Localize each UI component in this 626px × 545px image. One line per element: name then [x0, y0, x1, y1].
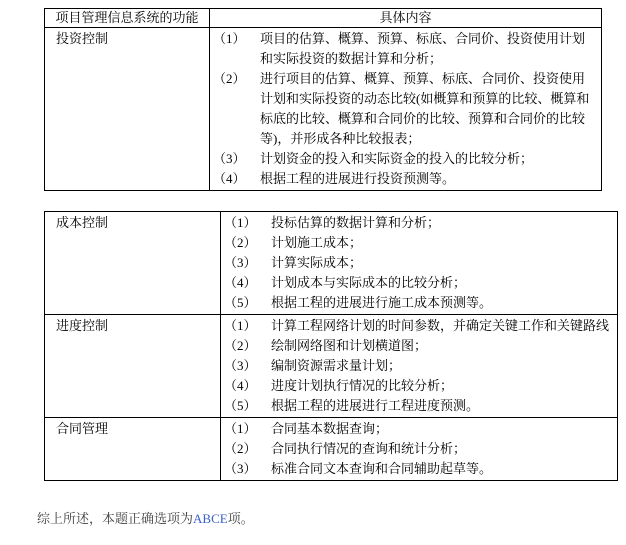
item-text: 计算工程网络计划的时间参数，并确定关键工作和关键路线 [271, 316, 611, 336]
item-text: 计划施工成本； [271, 233, 611, 253]
item-text: 根据工程的进展进行工程进度预测。 [271, 396, 611, 416]
content-cell-cost: （1） 投标估算的数据计算和分析； （2） 计划施工成本； （3） 计算实际成本… [221, 212, 618, 315]
content-cell-schedule: （1） 计算工程网络计划的时间参数，并确定关键工作和关键路线 （2） 绘制网络图… [221, 315, 618, 418]
item-number: （3） [224, 459, 271, 479]
item-number: （5） [224, 293, 271, 313]
item-text: 进行项目的估算、概算、预算、标底、合同价、投资使用计划和实际投资的动态比较(如概… [260, 69, 595, 149]
item-number: （2） [224, 233, 271, 253]
item-text: 计划成本与实际成本的比较分析； [271, 273, 611, 293]
list-item: （1） 投标估算的数据计算和分析； [224, 213, 611, 233]
list-item: （3） 计划资金的投入和实际资金的投入的比较分析； [213, 149, 595, 169]
item-number: （2） [224, 336, 271, 356]
functions-table-bottom: 成本控制 （1） 投标估算的数据计算和分析； （2） 计划施工成本； （3） 计… [44, 211, 618, 481]
conclusion-suffix: 项。 [228, 511, 254, 526]
item-number: （2） [213, 69, 260, 149]
table-row-cost-control: 成本控制 （1） 投标估算的数据计算和分析； （2） 计划施工成本； （3） 计… [45, 212, 618, 315]
item-number: （3） [213, 149, 260, 169]
list-item: （4） 计划成本与实际成本的比较分析； [224, 273, 611, 293]
item-text: 进度计划执行情况的比较分析； [271, 376, 611, 396]
list-item: （2） 计划施工成本； [224, 233, 611, 253]
list-item: （3） 编制资源需求量计划； [224, 356, 611, 376]
item-text: 合同执行情况的查询和统计分析； [271, 439, 611, 459]
item-number: （1） [224, 213, 271, 233]
function-label-investment: 投资控制 [45, 28, 210, 191]
header-content-column: 具体内容 [210, 9, 602, 28]
item-number: （5） [224, 396, 271, 416]
list-item: （1） 合同基本数据查询； [224, 419, 611, 439]
header-function-column: 项目管理信息系统的功能 [45, 9, 210, 28]
list-item: （2） 进行项目的估算、概算、预算、标底、合同价、投资使用计划和实际投资的动态比… [213, 69, 595, 149]
item-number: （4） [224, 273, 271, 293]
table-row-schedule-control: 进度控制 （1） 计算工程网络计划的时间参数，并确定关键工作和关键路线 （2） … [45, 315, 618, 418]
list-item: （3） 计算实际成本； [224, 253, 611, 273]
item-text: 根据工程的进展进行投资预测等。 [260, 169, 595, 189]
item-number: （4） [213, 169, 260, 189]
list-item: （5） 根据工程的进展进行工程进度预测。 [224, 396, 611, 416]
item-number: （1） [213, 29, 260, 69]
item-text: 投标估算的数据计算和分析； [271, 213, 611, 233]
answer-options: ABCE [193, 511, 228, 526]
functions-table-top: 项目管理信息系统的功能 具体内容 投资控制 （1） 项目的估算、概算、预算、标底… [44, 8, 602, 191]
content-cell-contract: （1） 合同基本数据查询； （2） 合同执行情况的查询和统计分析； （3） 标准… [221, 418, 618, 481]
list-item: （3） 标准合同文本查询和合同辅助起草等。 [224, 459, 611, 479]
list-item: （4） 进度计划执行情况的比较分析； [224, 376, 611, 396]
table-row-investment-control: 投资控制 （1） 项目的估算、概算、预算、标底、合同价、投资使用计划和实际投资的… [45, 28, 602, 191]
item-number: （1） [224, 419, 271, 439]
list-item: （4） 根据工程的进展进行投资预测等。 [213, 169, 595, 189]
item-text: 根据工程的进展进行施工成本预测等。 [271, 293, 611, 313]
content-cell-investment: （1） 项目的估算、概算、预算、标底、合同价、投资使用计划和实际投资的数据计算和… [210, 28, 602, 191]
table-header-row: 项目管理信息系统的功能 具体内容 [45, 9, 602, 28]
conclusion-prefix: 综上所述，本题正确选项为 [37, 511, 193, 526]
list-item: （5） 根据工程的进展进行施工成本预测等。 [224, 293, 611, 313]
item-number: （3） [224, 356, 271, 376]
item-text: 绘制网络图和计划横道图； [271, 336, 611, 356]
item-text: 计划资金的投入和实际资金的投入的比较分析； [260, 149, 595, 169]
item-text: 标准合同文本查询和合同辅助起草等。 [271, 459, 611, 479]
list-item: （2） 绘制网络图和计划横道图； [224, 336, 611, 356]
function-label-schedule: 进度控制 [45, 315, 221, 418]
table-row-contract-management: 合同管理 （1） 合同基本数据查询； （2） 合同执行情况的查询和统计分析； （… [45, 418, 618, 481]
list-item: （1） 计算工程网络计划的时间参数，并确定关键工作和关键路线 [224, 316, 611, 336]
item-text: 项目的估算、概算、预算、标底、合同价、投资使用计划和实际投资的数据计算和分析； [260, 29, 595, 69]
item-text: 合同基本数据查询； [271, 419, 611, 439]
function-label-cost: 成本控制 [45, 212, 221, 315]
conclusion-text: 综上所述，本题正确选项为ABCE项。 [37, 509, 254, 529]
function-label-contract: 合同管理 [45, 418, 221, 481]
item-text: 编制资源需求量计划； [271, 356, 611, 376]
item-number: （3） [224, 253, 271, 273]
list-item: （1） 项目的估算、概算、预算、标底、合同价、投资使用计划和实际投资的数据计算和… [213, 29, 595, 69]
item-number: （2） [224, 439, 271, 459]
item-number: （1） [224, 316, 271, 336]
list-item: （2） 合同执行情况的查询和统计分析； [224, 439, 611, 459]
item-number: （4） [224, 376, 271, 396]
item-text: 计算实际成本； [271, 253, 611, 273]
